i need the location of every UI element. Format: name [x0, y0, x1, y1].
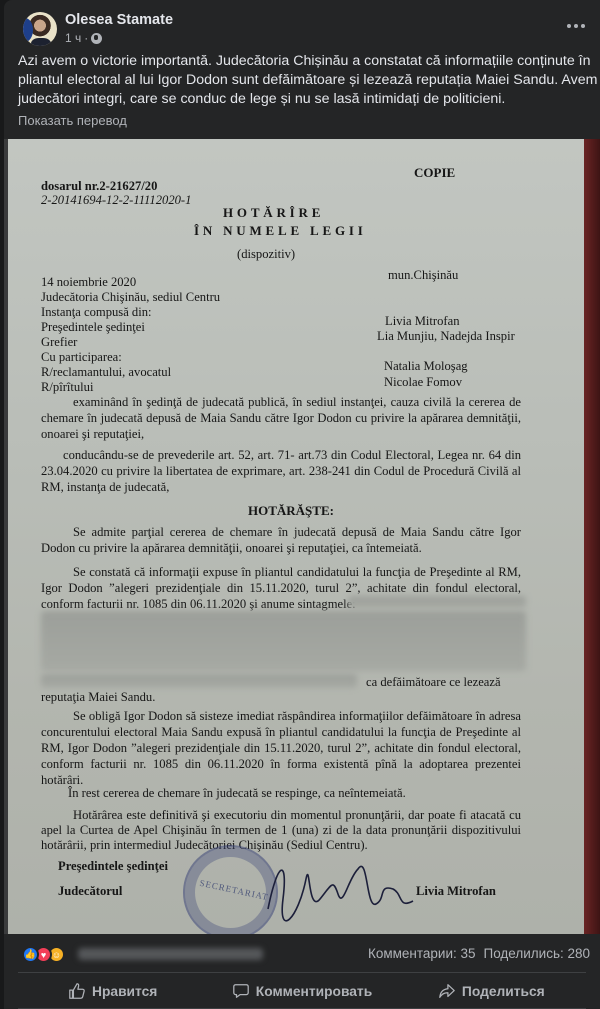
more-options-button[interactable]	[562, 16, 590, 36]
composition-label: R/reclamantului, avocatul	[41, 365, 171, 379]
signature-label-judge: Judecătorul	[58, 884, 122, 898]
post-card: Olesea Stamate 1 ч · Azi avem o victorie…	[4, 0, 600, 1009]
document-subtitle: (dispozitiv)	[237, 247, 295, 261]
post-header: Olesea Stamate 1 ч ·	[18, 10, 592, 46]
composition-value: Lia Munjiu, Nadejda Inspir	[377, 329, 515, 343]
divider	[18, 972, 586, 973]
composition-value: Nicolae Fomov	[384, 375, 462, 389]
composition-label: Cu participarea:	[41, 350, 122, 364]
court-document: COPIE dosarul nr.2-21627/20 2-20141694-1…	[8, 139, 584, 934]
para-examining: examinând în şedinţă de judecată publică…	[41, 394, 521, 442]
para-rest: În rest cererea de chemare în judecată s…	[68, 786, 406, 800]
author-avatar[interactable]	[23, 12, 57, 46]
comment-icon	[232, 982, 250, 1000]
share-icon	[438, 982, 456, 1000]
composition-label: Grefier	[41, 335, 77, 349]
post-text: Azi avem o victorie importantă. Judecăto…	[18, 52, 598, 109]
composition-label: Instanţa compusă din:	[41, 305, 152, 319]
redacted-text	[41, 611, 526, 671]
like-reaction-icon: 👍	[22, 946, 39, 963]
document-city: mun.Chişinău	[388, 268, 458, 282]
document-title: HOTĂRÎRE	[223, 205, 324, 221]
para-guided: conducându-se de prevederile art. 52, ar…	[41, 447, 521, 495]
more-options-icon	[567, 24, 571, 28]
share-label: Поделиться	[462, 984, 545, 999]
para-admit: Se admite parţial cererea de chemare în …	[41, 524, 521, 556]
case-code: 2-20141694-12-2-11112020-1	[41, 193, 191, 207]
redacted-text	[41, 674, 357, 688]
engagement-counts: Комментарии: 35 Поделились: 280	[368, 946, 590, 961]
copy-label: COPIE	[414, 166, 455, 180]
reactors-names-blurred[interactable]	[78, 948, 263, 960]
composition-label: R/pîrîtului	[41, 380, 93, 394]
comment-button[interactable]: Комментировать	[207, 974, 396, 1008]
post-actions: Нравится Комментировать Поделиться	[18, 974, 586, 1008]
comments-count[interactable]: Комментарии: 35	[368, 946, 476, 961]
composition-value: Livia Mitrofan	[385, 314, 460, 328]
share-button[interactable]: Поделиться	[397, 974, 586, 1008]
para-finds-end: ca defăimătoare ce lezează	[366, 675, 501, 689]
signature-label-president: Preşedintele şedinţei	[58, 859, 168, 873]
like-button[interactable]: Нравится	[18, 974, 207, 1008]
document-edge	[584, 139, 600, 934]
thumbs-up-icon	[68, 982, 86, 1000]
document-title-2: ÎN NUMELE LEGII	[194, 223, 367, 239]
dot	[581, 24, 585, 28]
composition-value: Natalia Moloşag	[384, 359, 468, 373]
shares-count[interactable]: Поделились: 280	[484, 946, 591, 961]
globe-icon[interactable]	[91, 33, 102, 44]
signature-icon	[248, 839, 448, 934]
case-number: dosarul nr.2-21627/20	[41, 179, 157, 193]
dot	[574, 24, 578, 28]
reaction-icons[interactable]: 👍 ♥ ☺	[22, 946, 61, 963]
para-obliged: Se obligă Igor Dodon să sisteze imediat …	[41, 708, 521, 788]
composition-label: Preşedintele şedinţei	[41, 320, 145, 334]
reactions-summary: 👍 ♥ ☺ Комментарии: 35 Поделились: 280	[18, 942, 590, 968]
document-date: 14 noiembrie 2020	[41, 275, 136, 289]
post-meta: 1 ч ·	[65, 31, 102, 45]
para-finds-end-2: reputaţia Maiei Sandu.	[41, 690, 155, 704]
post-time[interactable]: 1 ч	[65, 31, 81, 45]
post-photo[interactable]: COPIE dosarul nr.2-21627/20 2-20141694-1…	[4, 139, 600, 934]
author-name[interactable]: Olesea Stamate	[65, 12, 173, 28]
like-label: Нравится	[92, 984, 157, 999]
court-name: Judecătoria Chişinău, sediul Centru	[41, 290, 220, 304]
comment-label: Комментировать	[256, 984, 372, 999]
redacted-text	[348, 596, 526, 608]
decides-heading: HOTĂRĂŞTE:	[248, 504, 334, 518]
meta-separator: ·	[84, 31, 88, 45]
show-translation-link[interactable]: Показать перевод	[18, 113, 127, 128]
